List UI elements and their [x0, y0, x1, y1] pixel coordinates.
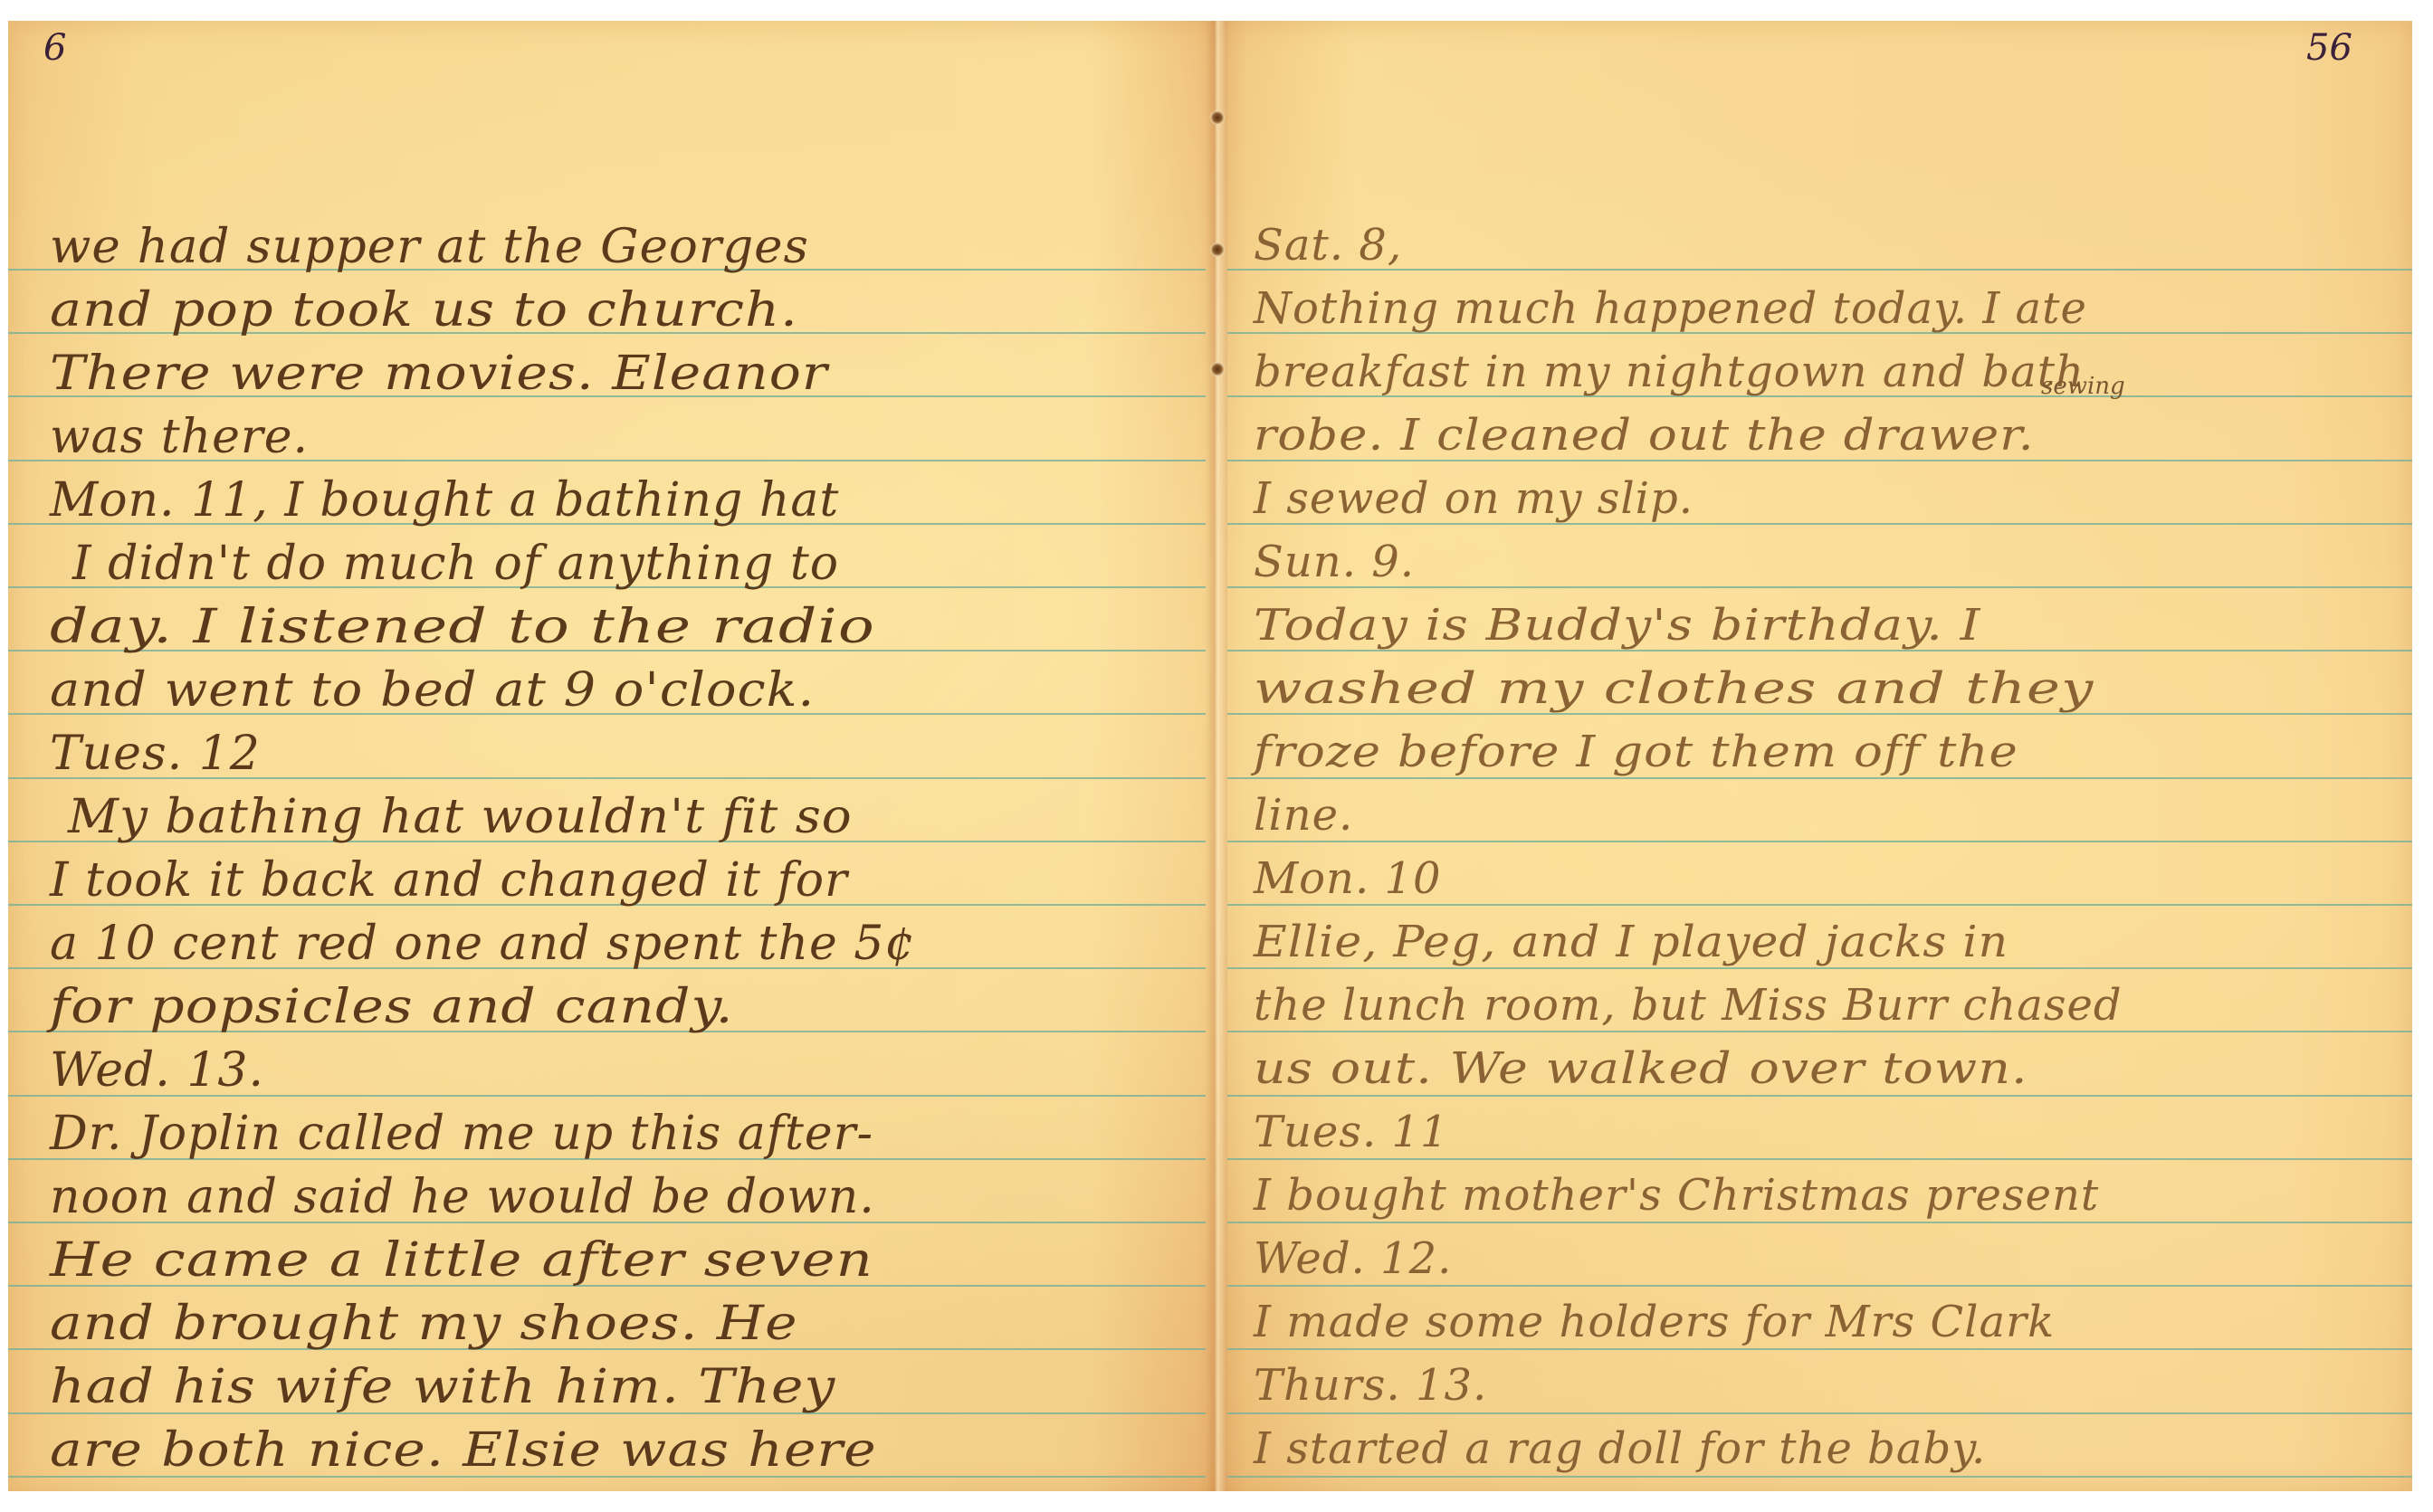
right-line-15: Tues. 11	[1254, 1107, 1449, 1157]
left-line-14: Wed. 13.	[50, 1043, 264, 1098]
right-line-7: Today is Buddy's birthday. I	[1254, 600, 1981, 651]
right-line-12: Ellie, Peg, and I played jacks in	[1254, 917, 2008, 967]
staple-hole-top	[1210, 110, 1225, 125]
staple-hole-lower	[1210, 362, 1225, 376]
right-page-number: 56	[2306, 27, 2352, 69]
right-line-18: I made some holders for Mrs Clark	[1254, 1297, 2055, 1347]
ruled-line	[1227, 1031, 2412, 1032]
left-line-8: and went to bed at 9 o'clock.	[50, 663, 815, 718]
ruled-line	[1227, 967, 2412, 969]
left-line-6: I didn't do much of anything to	[72, 537, 839, 591]
left-line-13: for popsicles and candy.	[50, 980, 734, 1034]
ruled-line	[1227, 1476, 2412, 1478]
left-line-20: are both nice. Elsie was here	[50, 1423, 877, 1478]
right-line-5: I sewed on my slip.	[1254, 473, 1694, 524]
ruled-line	[1227, 1285, 2412, 1287]
ruled-line	[1227, 1412, 2412, 1414]
ruled-line	[1227, 1222, 2412, 1223]
left-line-12: a 10 cent red one and spent the 5¢	[50, 917, 915, 971]
right-line-8: washed my clothes and they	[1254, 663, 2094, 714]
right-line-20: I started a rag doll for the baby.	[1254, 1423, 1986, 1474]
book-spine-fold	[1206, 21, 1227, 1491]
right-line-6: Sun. 9.	[1254, 537, 1415, 587]
left-line-9: Tues. 12	[50, 727, 261, 781]
ruled-line	[1227, 1348, 2412, 1350]
ruled-line	[1227, 1158, 2412, 1160]
left-line-1: we had supper at the Georges	[50, 220, 809, 274]
right-line-17: Wed. 12.	[1254, 1233, 1452, 1284]
left-line-16: noon and said he would be down.	[50, 1170, 875, 1224]
left-line-5: Mon. 11, I bought a bathing hat	[50, 473, 839, 528]
left-line-11: I took it back and changed it for	[50, 853, 848, 908]
left-page-number: 6	[43, 27, 66, 69]
right-line-14: us out. We walked over town.	[1254, 1043, 2028, 1094]
right-line-10: line.	[1254, 790, 1353, 841]
right-line-11: Mon. 10	[1254, 853, 1442, 904]
right-line-9: froze before I got them off the	[1254, 727, 2018, 777]
left-line-7: day. I listened to the radio	[50, 600, 875, 654]
ruled-line	[1227, 1095, 2412, 1097]
right-line-1: Sat. 8,	[1254, 220, 1402, 271]
ruled-line	[1227, 841, 2412, 842]
right-line-16: I bought mother's Christmas present	[1254, 1170, 2099, 1221]
ruled-line	[1227, 777, 2412, 779]
left-line-2: and pop took us to church.	[50, 283, 798, 338]
inserted-word-sewing: sewing	[2041, 373, 2125, 400]
ruled-line	[1227, 904, 2412, 906]
right-line-19: Thurs. 13.	[1254, 1360, 1487, 1411]
left-line-17: He came a little after seven	[50, 1233, 873, 1288]
right-line-2: Nothing much happened today. I ate	[1254, 283, 2087, 334]
staple-hole-middle	[1210, 242, 1225, 257]
left-line-18: and brought my shoes. He	[50, 1297, 798, 1351]
right-line-4: robe. I cleaned out the drawer.	[1254, 410, 2035, 461]
left-line-15: Dr. Joplin called me up this after-	[50, 1107, 873, 1161]
ruled-line	[1227, 269, 2412, 271]
left-line-3: There were movies. Eleanor	[50, 347, 828, 401]
left-line-10: My bathing hat wouldn't fit so	[68, 790, 853, 844]
left-line-4: was there.	[50, 410, 309, 464]
right-line-13: the lunch room, but Miss Burr chased	[1254, 980, 2123, 1031]
right-line-3: breakfast in my nightgown and bath	[1254, 347, 2085, 397]
left-line-19: had his wife with him. They	[50, 1360, 835, 1414]
